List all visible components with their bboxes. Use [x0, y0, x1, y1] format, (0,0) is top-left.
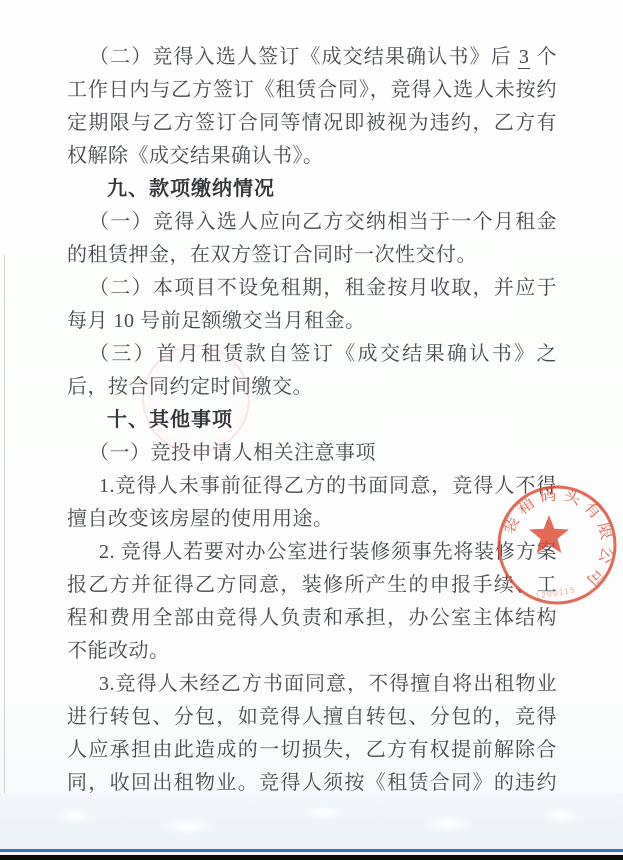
- screen-bottom-bar: [0, 855, 623, 860]
- paragraph-rent-collection: （二）本项目不设免租期，租金按月收取，并应于每月 10 号前足额缴交当月租金。: [67, 272, 557, 338]
- paragraph-first-month-rent: （三）首月租赁款自签订《成交结果确认书》之后，按合同约定时间缴交。: [67, 338, 557, 404]
- paragraph-note-1: 1.竞得人未事前征得乙方的书面同意，竞得人不得擅自改变该房屋的使用用途。: [67, 470, 557, 536]
- paragraph-deposit: （一）竞得入选人应向乙方交纳相当于一个月租金的租赁押金，在双方签订合同时一次性交…: [67, 206, 557, 272]
- section-heading-nine: 九、款项缴纳情况: [67, 173, 557, 206]
- underlined-working-days: 3: [518, 46, 531, 69]
- viewer-bottom-border: [0, 849, 623, 852]
- paragraph-text: （二）竞得入选人签订《成交结果确认书》后: [89, 46, 518, 68]
- paragraph-contract-signing: （二）竞得入选人签订《成交结果确认书》后 3 个工作日内与乙方签订《租赁合同》，…: [67, 41, 557, 173]
- section-heading-ten: 十、其他事项: [67, 404, 557, 437]
- scanned-document-page: （二）竞得入选人签订《成交结果确认书》后 3 个工作日内与乙方签订《租赁合同》，…: [0, 0, 623, 860]
- scan-noise-strip: [0, 793, 623, 849]
- paragraph-bidder-notes-title: （一）竞投申请人相关注意事项: [67, 437, 557, 470]
- paragraph-note-2: 2. 竞得人若要对办公室进行装修须事先将装修方案报乙方并征得乙方同意，装修所产生…: [67, 536, 557, 668]
- stamp-bleedthrough: [142, 345, 250, 453]
- scan-edge-line: [4, 255, 5, 849]
- document-body: （二）竞得入选人签订《成交结果确认书》后 3 个工作日内与乙方签订《租赁合同》，…: [67, 41, 557, 833]
